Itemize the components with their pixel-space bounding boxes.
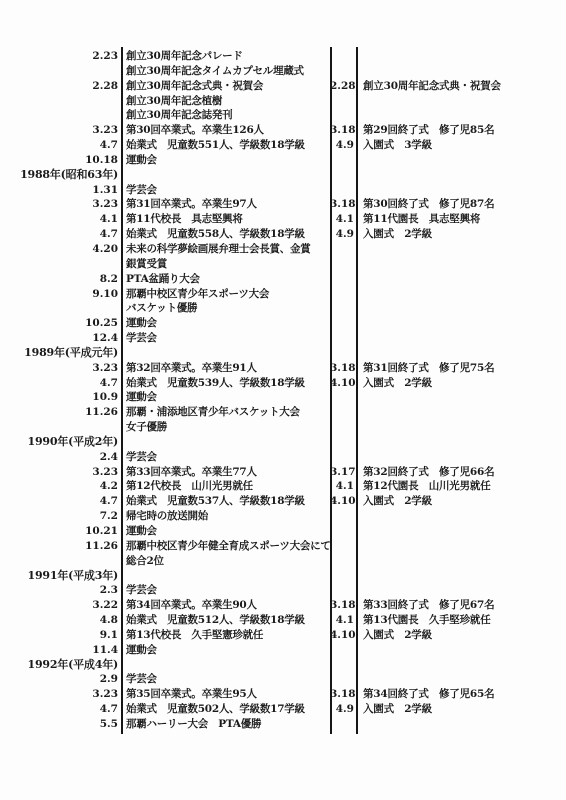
right-event-text: 第30回終了式 修了児87名 (356, 197, 566, 212)
right-date (330, 153, 356, 168)
event-row: 3.23第30回卒業式。卒業生126人3.18第29回終了式 修了児85名 (0, 123, 566, 138)
right-date (330, 450, 356, 465)
event-row: 創立30周年記念植樹 (0, 94, 566, 109)
right-date (330, 108, 356, 123)
left-event-text: 第32回卒業式。卒業生91人 (118, 361, 330, 376)
event-row: 創立30周年記念誌発刊 (0, 108, 566, 123)
right-event-text (356, 64, 566, 79)
left-event-text: 創立30周年記念誌発刊 (118, 108, 330, 123)
left-event-text: 始業式 児童数502人、学級数17学級 (118, 702, 330, 717)
right-event-text: 第12代園長 山川光男就任 (356, 479, 566, 494)
event-row: 9.1第13代校長 久手堅憲珍就任4.10入園式 2学級 (0, 628, 566, 643)
right-date (330, 569, 356, 584)
left-event-text: 総合2位 (118, 554, 330, 569)
right-event-text: 入園式 3学級 (356, 138, 566, 153)
left-date: 3.23 (0, 361, 118, 376)
right-date: 2.28 (330, 79, 356, 94)
right-event-text: 創立30周年記念式典・祝賀会 (356, 79, 566, 94)
left-event-text: 学芸会 (118, 450, 330, 465)
right-date: 4.1 (330, 613, 356, 628)
left-event-text: 学芸会 (118, 672, 330, 687)
event-row: 3.23第35回卒業式。卒業生95人3.18第34回終了式 修了児65名 (0, 687, 566, 702)
left-date: 2.3 (0, 583, 118, 598)
left-event-text: 始業式 児童数551人、学級数18学級 (118, 138, 330, 153)
right-date (330, 49, 356, 64)
right-date: 4.10 (330, 628, 356, 643)
left-date: 3.23 (0, 465, 118, 480)
right-event-text: 入園式 2学級 (356, 494, 566, 509)
right-date: 4.9 (330, 138, 356, 153)
left-date: 10.18 (0, 153, 118, 168)
left-event-text: 運動会 (118, 153, 330, 168)
right-date (330, 509, 356, 524)
left-event-text: 第30回卒業式。卒業生126人 (118, 123, 330, 138)
left-event-text: 学芸会 (118, 331, 330, 346)
left-date: 3.23 (0, 197, 118, 212)
right-event-text (356, 569, 566, 584)
right-event-text (356, 272, 566, 287)
right-event-text (356, 435, 566, 450)
event-row: 2.9学芸会 (0, 672, 566, 687)
event-row: 銀賞受賞 (0, 257, 566, 272)
event-row: 4.7始業式 児童数558人、学級数18学級4.9入園式 2学級 (0, 227, 566, 242)
event-row: 5.5那覇ハーリー大会 PTA優勝 (0, 717, 566, 732)
left-event-text: 学芸会 (118, 183, 330, 198)
right-event-text (356, 287, 566, 302)
left-event-text: 運動会 (118, 390, 330, 405)
left-event-text: 第11代校長 具志堅興将 (118, 212, 330, 227)
event-row: 4.20未来の科学夢絵画展弁理士会長賞、金賞 (0, 242, 566, 257)
right-event-text (356, 49, 566, 64)
right-date: 4.10 (330, 376, 356, 391)
left-date (0, 64, 118, 79)
event-row: 4.7始業式 児童数539人、学級数18学級4.10入園式 2学級 (0, 376, 566, 391)
event-row: 創立30周年記念タイムカプセル埋蔵式 (0, 64, 566, 79)
left-date: 3.22 (0, 598, 118, 613)
right-event-text: 第13代園長 久手堅珍就任 (356, 613, 566, 628)
left-date: 9.1 (0, 628, 118, 643)
left-date: 12.4 (0, 331, 118, 346)
left-event-text: 未来の科学夢絵画展弁理士会長賞、金賞 (118, 242, 330, 257)
left-date: 2.23 (0, 49, 118, 64)
left-event-text (118, 168, 330, 183)
event-row: 4.2第12代校長 山川光男就任4.1第12代園長 山川光男就任 (0, 479, 566, 494)
event-row: 10.9運動会 (0, 390, 566, 405)
left-date: 4.7 (0, 138, 118, 153)
left-date: 8.2 (0, 272, 118, 287)
right-event-text (356, 583, 566, 598)
left-date: 10.25 (0, 316, 118, 331)
event-row: 4.8始業式 児童数512人、学級数18学級4.1第13代園長 久手堅珍就任 (0, 613, 566, 628)
left-event-text (118, 658, 330, 673)
right-event-text (356, 524, 566, 539)
event-row: 11.4運動会 (0, 643, 566, 658)
right-event-text (356, 331, 566, 346)
right-event-text (356, 539, 566, 554)
right-date (330, 717, 356, 732)
right-date: 3.18 (330, 598, 356, 613)
left-event-text: 創立30周年記念植樹 (118, 94, 330, 109)
right-date (330, 272, 356, 287)
left-date: 4.20 (0, 242, 118, 257)
right-event-text (356, 108, 566, 123)
left-event-text: 帰宅時の放送開始 (118, 509, 330, 524)
right-event-text (356, 450, 566, 465)
year-label: 1989年(平成元年) (0, 346, 118, 361)
year-row: 1992年(平成4年) (0, 658, 566, 673)
left-event-text: PTA盆踊り大会 (118, 272, 330, 287)
event-row: 2.4学芸会 (0, 450, 566, 465)
event-row: 3.23第31回卒業式。卒業生97人3.18第30回終了式 修了児87名 (0, 197, 566, 212)
left-event-text: 第34回卒業式。卒業生90人 (118, 598, 330, 613)
right-event-text (356, 168, 566, 183)
left-date: 4.7 (0, 376, 118, 391)
left-event-text: 第35回卒業式。卒業生95人 (118, 687, 330, 702)
right-date (330, 242, 356, 257)
right-event-text (356, 242, 566, 257)
left-event-text: 第13代校長 久手堅憲珍就任 (118, 628, 330, 643)
right-event-text (356, 405, 566, 420)
right-event-text: 入園式 2学級 (356, 702, 566, 717)
event-row: 4.7始業式 児童数502人、学級数17学級4.9入園式 2学級 (0, 702, 566, 717)
chronology-table: 2.23創立30周年記念パレード創立30周年記念タイムカプセル埋蔵式2.28創立… (0, 49, 566, 732)
event-row: 12.4学芸会 (0, 331, 566, 346)
event-row: 10.25運動会 (0, 316, 566, 331)
event-row: 3.23第33回卒業式。卒業生77人3.17第32回終了式 修了児66名 (0, 465, 566, 480)
left-event-text: バスケット優勝 (118, 301, 330, 316)
event-row: 2.28創立30周年記念式典・祝賀会2.28創立30周年記念式典・祝賀会 (0, 79, 566, 94)
left-event-text: 運動会 (118, 316, 330, 331)
event-row: 3.22第34回卒業式。卒業生90人3.18第33回終了式 修了児67名 (0, 598, 566, 613)
left-event-text: 運動会 (118, 524, 330, 539)
right-event-text (356, 316, 566, 331)
right-date (330, 64, 356, 79)
right-event-text: 第29回終了式 修了児85名 (356, 123, 566, 138)
left-date: 3.23 (0, 123, 118, 138)
right-date (330, 554, 356, 569)
right-event-text (356, 301, 566, 316)
left-date (0, 257, 118, 272)
left-date: 4.7 (0, 227, 118, 242)
left-date: 4.2 (0, 479, 118, 494)
right-date: 4.1 (330, 212, 356, 227)
left-event-text: 学芸会 (118, 583, 330, 598)
scanned-chronology-page: 2.23創立30周年記念パレード創立30周年記念タイムカプセル埋蔵式2.28創立… (0, 0, 566, 800)
left-date (0, 108, 118, 123)
column-separator-line (330, 47, 332, 734)
left-event-text: 創立30周年記念タイムカプセル埋蔵式 (118, 64, 330, 79)
event-row: 8.2PTA盆踊り大会 (0, 272, 566, 287)
right-date: 3.18 (330, 197, 356, 212)
event-row: バスケット優勝 (0, 301, 566, 316)
year-label: 1992年(平成4年) (0, 658, 118, 673)
right-date (330, 94, 356, 109)
event-row: 1.31学芸会 (0, 183, 566, 198)
left-date (0, 554, 118, 569)
left-event-text: 第33回卒業式。卒業生77人 (118, 465, 330, 480)
right-event-text (356, 153, 566, 168)
event-row: 女子優勝 (0, 420, 566, 435)
right-date (330, 301, 356, 316)
right-event-text (356, 717, 566, 732)
right-date (330, 643, 356, 658)
event-row: 2.3学芸会 (0, 583, 566, 598)
right-date-divider-line (356, 47, 358, 734)
right-date: 3.18 (330, 361, 356, 376)
left-event-text: 創立30周年記念パレード (118, 49, 330, 64)
right-date (330, 168, 356, 183)
event-row: 10.21運動会 (0, 524, 566, 539)
right-date (330, 539, 356, 554)
right-event-text (356, 672, 566, 687)
right-date (330, 435, 356, 450)
right-date (330, 287, 356, 302)
left-event-text: 那覇ハーリー大会 PTA優勝 (118, 717, 330, 732)
right-date (330, 672, 356, 687)
year-row: 1989年(平成元年) (0, 346, 566, 361)
right-date: 3.17 (330, 465, 356, 480)
right-event-text (356, 420, 566, 435)
left-date: 11.26 (0, 539, 118, 554)
left-date (0, 301, 118, 316)
year-row: 1991年(平成3年) (0, 569, 566, 584)
left-date: 2.28 (0, 79, 118, 94)
year-label: 1988年(昭和63年) (0, 168, 118, 183)
left-date: 11.4 (0, 643, 118, 658)
left-date (0, 94, 118, 109)
year-row: 1990年(平成2年) (0, 435, 566, 450)
right-date: 4.9 (330, 702, 356, 717)
left-date: 11.26 (0, 405, 118, 420)
left-date: 4.1 (0, 212, 118, 227)
left-date: 3.23 (0, 687, 118, 702)
right-date (330, 257, 356, 272)
right-date (330, 583, 356, 598)
left-event-text: 那覇中校区青少年健全育成スポーツ大会にて (118, 539, 330, 554)
right-event-text: 入園式 2学級 (356, 628, 566, 643)
left-date: 2.9 (0, 672, 118, 687)
event-row: 3.23第32回卒業式。卒業生91人3.18第31回終了式 修了児75名 (0, 361, 566, 376)
left-event-text: 那覇中校区青少年スポーツ大会 (118, 287, 330, 302)
left-event-text: 女子優勝 (118, 420, 330, 435)
event-row: 2.23創立30周年記念パレード (0, 49, 566, 64)
event-row: 10.18運動会 (0, 153, 566, 168)
right-event-text: 第31回終了式 修了児75名 (356, 361, 566, 376)
right-date (330, 524, 356, 539)
right-date (330, 346, 356, 361)
event-row: 4.7始業式 児童数537人、学級数18学級4.10入園式 2学級 (0, 494, 566, 509)
left-date: 4.7 (0, 494, 118, 509)
right-date (330, 420, 356, 435)
left-event-text: 那覇・浦添地区青少年バスケット大会 (118, 405, 330, 420)
left-date: 1.31 (0, 183, 118, 198)
left-date: 4.8 (0, 613, 118, 628)
right-event-text (356, 257, 566, 272)
left-date: 4.7 (0, 702, 118, 717)
left-event-text: 始業式 児童数512人、学級数18学級 (118, 613, 330, 628)
event-row: 4.1第11代校長 具志堅興将4.1第11代園長 具志堅興将 (0, 212, 566, 227)
right-event-text (356, 658, 566, 673)
right-event-text (356, 643, 566, 658)
left-event-text (118, 346, 330, 361)
right-date: 4.9 (330, 227, 356, 242)
right-date (330, 316, 356, 331)
right-date (330, 405, 356, 420)
left-date: 10.9 (0, 390, 118, 405)
right-event-text: 入園式 2学級 (356, 227, 566, 242)
left-date: 9.10 (0, 287, 118, 302)
right-event-text (356, 509, 566, 524)
right-event-text (356, 183, 566, 198)
left-event-text: 運動会 (118, 643, 330, 658)
left-event-text (118, 435, 330, 450)
right-event-text: 第33回終了式 修了児67名 (356, 598, 566, 613)
right-event-text: 第32回終了式 修了児66名 (356, 465, 566, 480)
left-event-text: 始業式 児童数558人、学級数18学級 (118, 227, 330, 242)
event-row: 11.26那覇中校区青少年健全育成スポーツ大会にて (0, 539, 566, 554)
event-row: 11.26那覇・浦添地区青少年バスケット大会 (0, 405, 566, 420)
left-date (0, 420, 118, 435)
left-event-text: 第31回卒業式。卒業生97人 (118, 197, 330, 212)
event-row: 9.10那覇中校区青少年スポーツ大会 (0, 287, 566, 302)
left-date: 5.5 (0, 717, 118, 732)
right-date: 4.1 (330, 479, 356, 494)
right-date (330, 658, 356, 673)
right-date (330, 390, 356, 405)
event-row: 7.2帰宅時の放送開始 (0, 509, 566, 524)
left-date-divider-line (121, 47, 123, 734)
year-label: 1990年(平成2年) (0, 435, 118, 450)
year-row: 1988年(昭和63年) (0, 168, 566, 183)
right-date: 4.10 (330, 494, 356, 509)
left-event-text: 始業式 児童数537人、学級数18学級 (118, 494, 330, 509)
right-event-text: 第11代園長 具志堅興将 (356, 212, 566, 227)
left-event-text: 始業式 児童数539人、学級数18学級 (118, 376, 330, 391)
right-date: 3.18 (330, 687, 356, 702)
left-event-text: 第12代校長 山川光男就任 (118, 479, 330, 494)
right-date (330, 331, 356, 346)
right-date (330, 183, 356, 198)
right-event-text (356, 346, 566, 361)
right-event-text (356, 94, 566, 109)
left-date: 2.4 (0, 450, 118, 465)
event-row: 4.7始業式 児童数551人、学級数18学級4.9入園式 3学級 (0, 138, 566, 153)
left-date: 10.21 (0, 524, 118, 539)
left-event-text: 創立30周年記念式典・祝賀会 (118, 79, 330, 94)
right-event-text (356, 554, 566, 569)
event-row: 総合2位 (0, 554, 566, 569)
left-event-text (118, 569, 330, 584)
left-event-text: 銀賞受賞 (118, 257, 330, 272)
year-label: 1991年(平成3年) (0, 569, 118, 584)
right-date: 3.18 (330, 123, 356, 138)
right-event-text: 入園式 2学級 (356, 376, 566, 391)
right-event-text (356, 390, 566, 405)
left-date: 7.2 (0, 509, 118, 524)
right-event-text: 第34回終了式 修了児65名 (356, 687, 566, 702)
